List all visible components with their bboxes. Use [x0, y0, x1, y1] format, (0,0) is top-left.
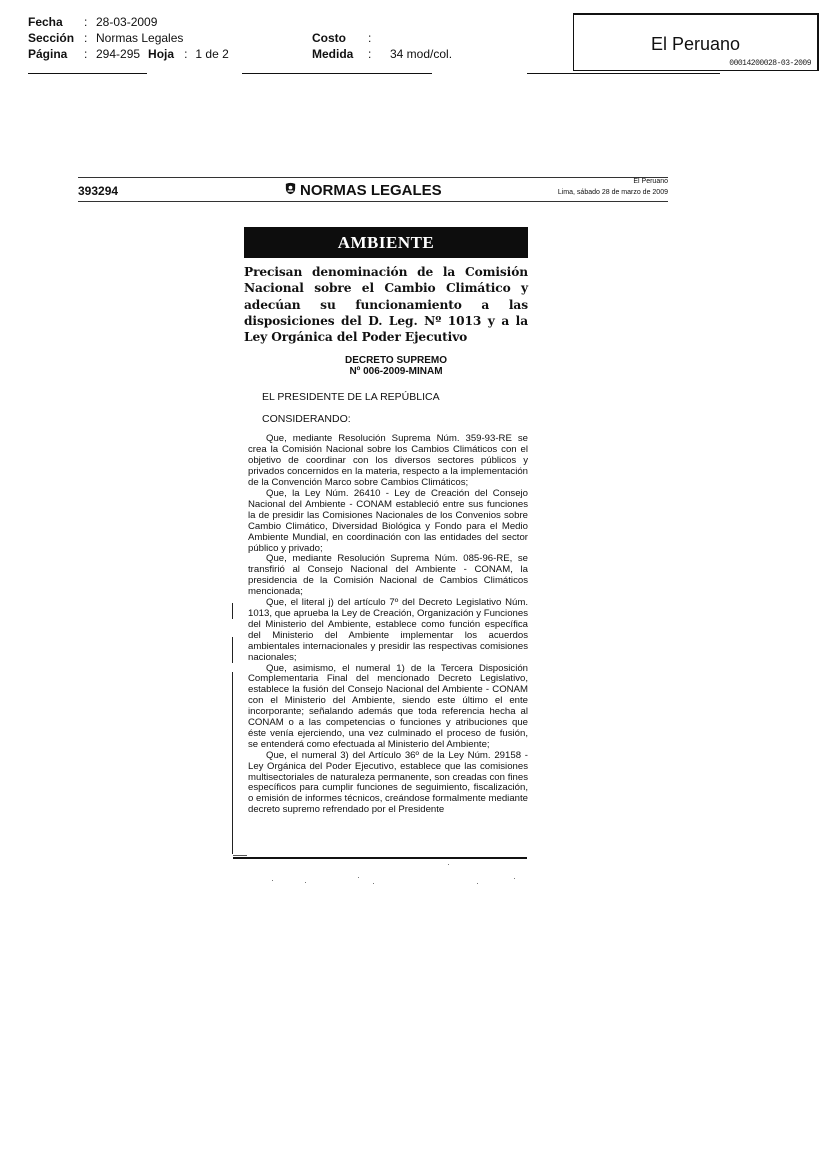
clipping-metadata: Fecha : 28-03-2009 Sección : Normas Lega…: [28, 14, 229, 62]
scan-speck: [305, 882, 306, 883]
meta-divider-left: [28, 73, 147, 74]
fecha-value: 28-03-2009: [96, 14, 157, 30]
article-body: Que, mediante Resolución Suprema Núm. 35…: [244, 434, 528, 816]
decree-issuer: EL PRESIDENTE DE LA REPÚBLICA: [244, 391, 528, 403]
costo-row: Costo :: [312, 30, 452, 46]
pagina-value: 294-295: [96, 46, 140, 62]
hoja-colon: :: [184, 46, 187, 62]
costo-label: Costo: [312, 30, 368, 46]
margin-mark: [232, 672, 233, 854]
section-title-text: NORMAS LEGALES: [300, 182, 442, 199]
medida-colon: :: [368, 46, 390, 62]
scan-speck: [373, 883, 374, 884]
fecha-label: Fecha: [28, 14, 84, 30]
decree-heading: DECRETO SUPREMO Nº 006-2009-MINAM: [244, 355, 528, 377]
hoja-label: Hoja: [148, 46, 174, 62]
seccion-value: Normas Legales: [96, 30, 183, 46]
costo-colon: :: [368, 30, 390, 46]
scan-speck: [448, 864, 449, 865]
seccion-row: Sección : Normas Legales: [28, 30, 229, 46]
margin-mark: [232, 637, 233, 663]
scan-speck: [358, 877, 359, 878]
medida-label: Medida: [312, 46, 368, 62]
hoja-value: 1 de 2: [195, 46, 228, 62]
fecha-colon: :: [84, 14, 96, 30]
paragraph: Que, el numeral 3) del Artículo 36º de l…: [248, 751, 528, 816]
paper-name-small: El Peruano: [633, 178, 668, 185]
meta-divider-middle: [242, 73, 432, 74]
article-bottom-rule: [233, 857, 527, 859]
paragraph: Que, mediante Resolución Suprema Núm. 35…: [248, 434, 528, 489]
pagina-colon: :: [84, 46, 96, 62]
fecha-row: Fecha : 28-03-2009: [28, 14, 229, 30]
header-rule-bottom: [78, 201, 668, 202]
newspaper-brand-box: El Peruano 00014200028-03-2009: [573, 13, 819, 71]
pagina-label: Página: [28, 46, 84, 62]
article-headline: Precisan denominación de la Comisión Nac…: [244, 264, 528, 345]
medida-row: Medida : 34 mod/col.: [312, 46, 452, 62]
clipping-cost-metadata: Costo : Medida : 34 mod/col.: [312, 30, 452, 62]
publication-date: Lima, sábado 28 de marzo de 2009: [558, 189, 668, 196]
considerando-heading: CONSIDERANDO:: [244, 413, 528, 425]
page-number: 393294: [78, 184, 118, 198]
paragraph: Que, el literal j) del artículo 7º del D…: [248, 598, 528, 663]
margin-mark: [232, 603, 233, 619]
paragraph: Que, la Ley Núm. 26410 - Ley de Creación…: [248, 489, 528, 554]
peru-coat-of-arms-icon: [284, 182, 297, 199]
section-title: NORMAS LEGALES: [284, 182, 442, 199]
bottom-rule-accent: [233, 855, 247, 856]
clipping-code: 00014200028-03-2009: [729, 59, 811, 68]
scan-speck: [514, 878, 515, 879]
scan-speck: [272, 880, 273, 881]
article: AMBIENTE Precisan denominación de la Com…: [244, 227, 528, 816]
newspaper-page-header: 393294 NORMAS LEGALES El Peruano Lima, s…: [78, 174, 668, 204]
paragraph: Que, asimismo, el numeral 1) de la Terce…: [248, 664, 528, 751]
newspaper-name: El Peruano: [574, 34, 817, 55]
decree-number: Nº 006-2009-MINAM: [264, 366, 528, 377]
scan-speck: [477, 883, 478, 884]
seccion-colon: :: [84, 30, 96, 46]
meta-divider-right: [527, 73, 720, 74]
header-rule-top: [78, 177, 668, 178]
section-banner: AMBIENTE: [244, 227, 528, 258]
decree-type: DECRETO SUPREMO: [264, 355, 528, 366]
paragraph: Que, mediante Resolución Suprema Núm. 08…: [248, 554, 528, 598]
seccion-label: Sección: [28, 30, 84, 46]
pagina-row: Página : 294-295 Hoja : 1 de 2: [28, 46, 229, 62]
medida-value: 34 mod/col.: [390, 46, 452, 62]
